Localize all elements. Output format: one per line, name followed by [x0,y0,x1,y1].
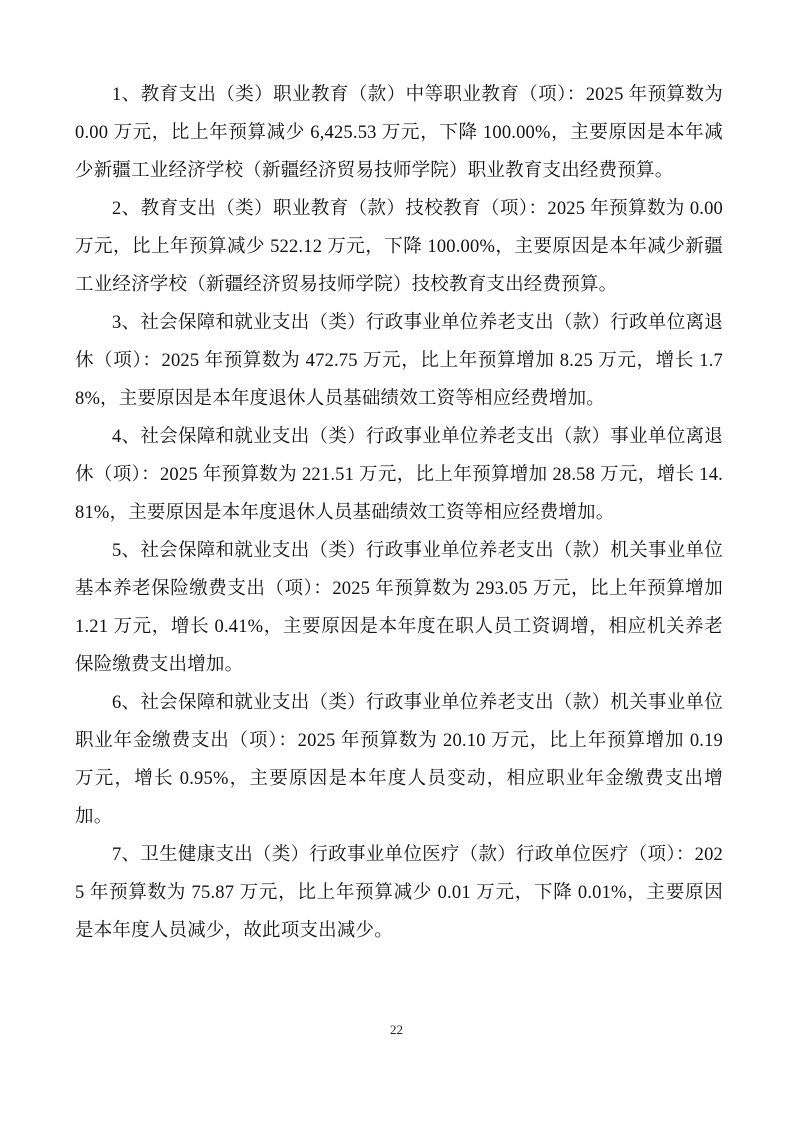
document-body: 1、教育支出（类）职业教育（款）中等职业教育（项）：2025 年预算数为 0.0… [75,76,723,950]
budget-paragraph-1: 1、教育支出（类）职业教育（款）中等职业教育（项）：2025 年预算数为 0.0… [75,76,723,190]
budget-paragraph-7: 7、卫生健康支出（类）行政事业单位医疗（款）行政单位医疗（项）：2025 年预算… [75,836,723,950]
page-number: 22 [0,1022,793,1038]
budget-paragraph-2: 2、教育支出（类）职业教育（款）技校教育（项）：2025 年预算数为 0.00 … [75,190,723,304]
budget-paragraph-5: 5、社会保障和就业支出（类）行政事业单位养老支出（款）机关事业单位基本养老保险缴… [75,532,723,684]
document-page: 1、教育支出（类）职业教育（款）中等职业教育（项）：2025 年预算数为 0.0… [0,0,793,1122]
budget-paragraph-3: 3、社会保障和就业支出（类）行政事业单位养老支出（款）行政单位离退休（项）：20… [75,304,723,418]
budget-paragraph-6: 6、社会保障和就业支出（类）行政事业单位养老支出（款）机关事业单位职业年金缴费支… [75,684,723,836]
budget-paragraph-4: 4、社会保障和就业支出（类）行政事业单位养老支出（款）事业单位离退休（项）：20… [75,418,723,532]
